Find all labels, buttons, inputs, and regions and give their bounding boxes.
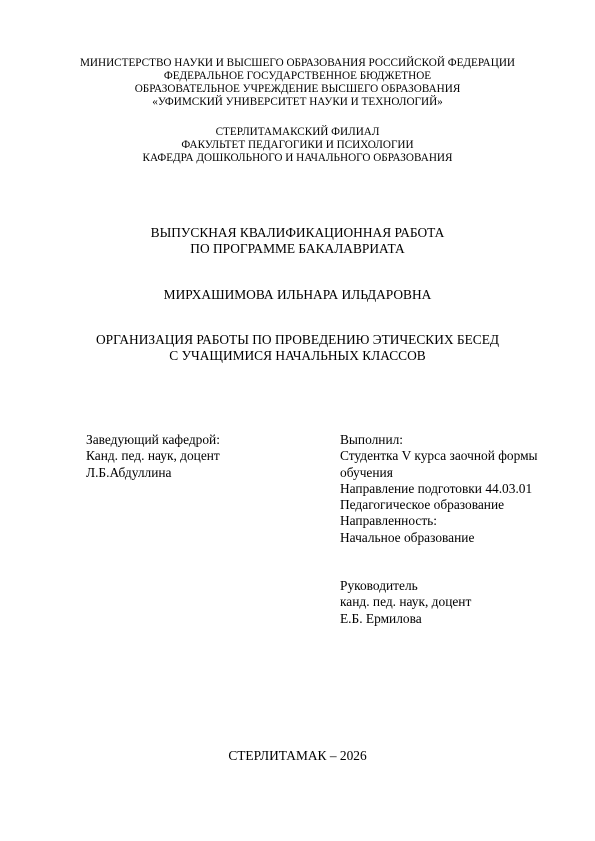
- head-of-department-block: Заведующий кафедрой: Канд. пед. наук, до…: [86, 432, 220, 481]
- study-direction-name: Педагогическое образование: [340, 497, 538, 513]
- supervisor-name: Е.Б. Ермилова: [340, 611, 471, 627]
- student-course: Студентка V курса заочной формы: [340, 448, 538, 464]
- supervisor-degree: канд. пед. наук, доцент: [340, 594, 471, 610]
- faculty-name: ФАКУЛЬТЕТ ПЕДАГОГИКИ И ПСИХОЛОГИИ: [0, 139, 595, 152]
- head-label: Заведующий кафедрой:: [86, 432, 220, 448]
- ministry-line: МИНИСТЕРСТВО НАУКИ И ВЫСШЕГО ОБРАЗОВАНИЯ…: [0, 57, 595, 70]
- thesis-title-line-2: С УЧАЩИМИСЯ НАЧАЛЬНЫХ КЛАССОВ: [0, 348, 595, 364]
- thesis-title-line: ОРГАНИЗАЦИЯ РАБОТЫ ПО ПРОВЕДЕНИЮ ЭТИЧЕСК…: [0, 332, 595, 348]
- branch-name: СТЕРЛИТАМАКСКИЙ ФИЛИАЛ: [0, 126, 595, 139]
- department-name: КАФЕДРА ДОШКОЛЬНОГО И НАЧАЛЬНОГО ОБРАЗОВ…: [0, 152, 595, 165]
- orientation-value: Начальное образование: [340, 530, 538, 546]
- work-type-line-2: ПО ПРОГРАММЕ БАКАЛАВРИАТА: [0, 241, 595, 257]
- performed-by-block: Выполнил: Студентка V курса заочной форм…: [340, 432, 538, 546]
- work-type-line: ВЫПУСКНАЯ КВАЛИФИКАЦИОННАЯ РАБОТА: [0, 225, 595, 241]
- supervisor-block: Руководитель канд. пед. наук, доцент Е.Б…: [340, 578, 471, 627]
- institution-type-line-2: ОБРАЗОВАТЕЛЬНОЕ УЧРЕЖДЕНИЕ ВЫСШЕГО ОБРАЗ…: [0, 83, 595, 96]
- supervisor-label: Руководитель: [340, 578, 471, 594]
- orientation-label: Направленность:: [340, 513, 538, 529]
- head-name: Л.Б.Абдуллина: [86, 465, 220, 481]
- head-degree: Канд. пед. наук, доцент: [86, 448, 220, 464]
- institution-type-line: ФЕДЕРАЛЬНОЕ ГОСУДАРСТВЕННОЕ БЮДЖЕТНОЕ: [0, 70, 595, 83]
- student-course-cont: обучения: [340, 465, 538, 481]
- author-name: МИРХАШИМОВА ИЛЬНАРА ИЛЬДАРОВНА: [0, 287, 595, 303]
- university-name: «УФИМСКИЙ УНИВЕРСИТЕТ НАУКИ И ТЕХНОЛОГИЙ…: [0, 96, 595, 109]
- city-year: СТЕРЛИТАМАК – 2026: [0, 748, 595, 764]
- study-direction: Направление подготовки 44.03.01: [340, 481, 538, 497]
- performed-label: Выполнил:: [340, 432, 538, 448]
